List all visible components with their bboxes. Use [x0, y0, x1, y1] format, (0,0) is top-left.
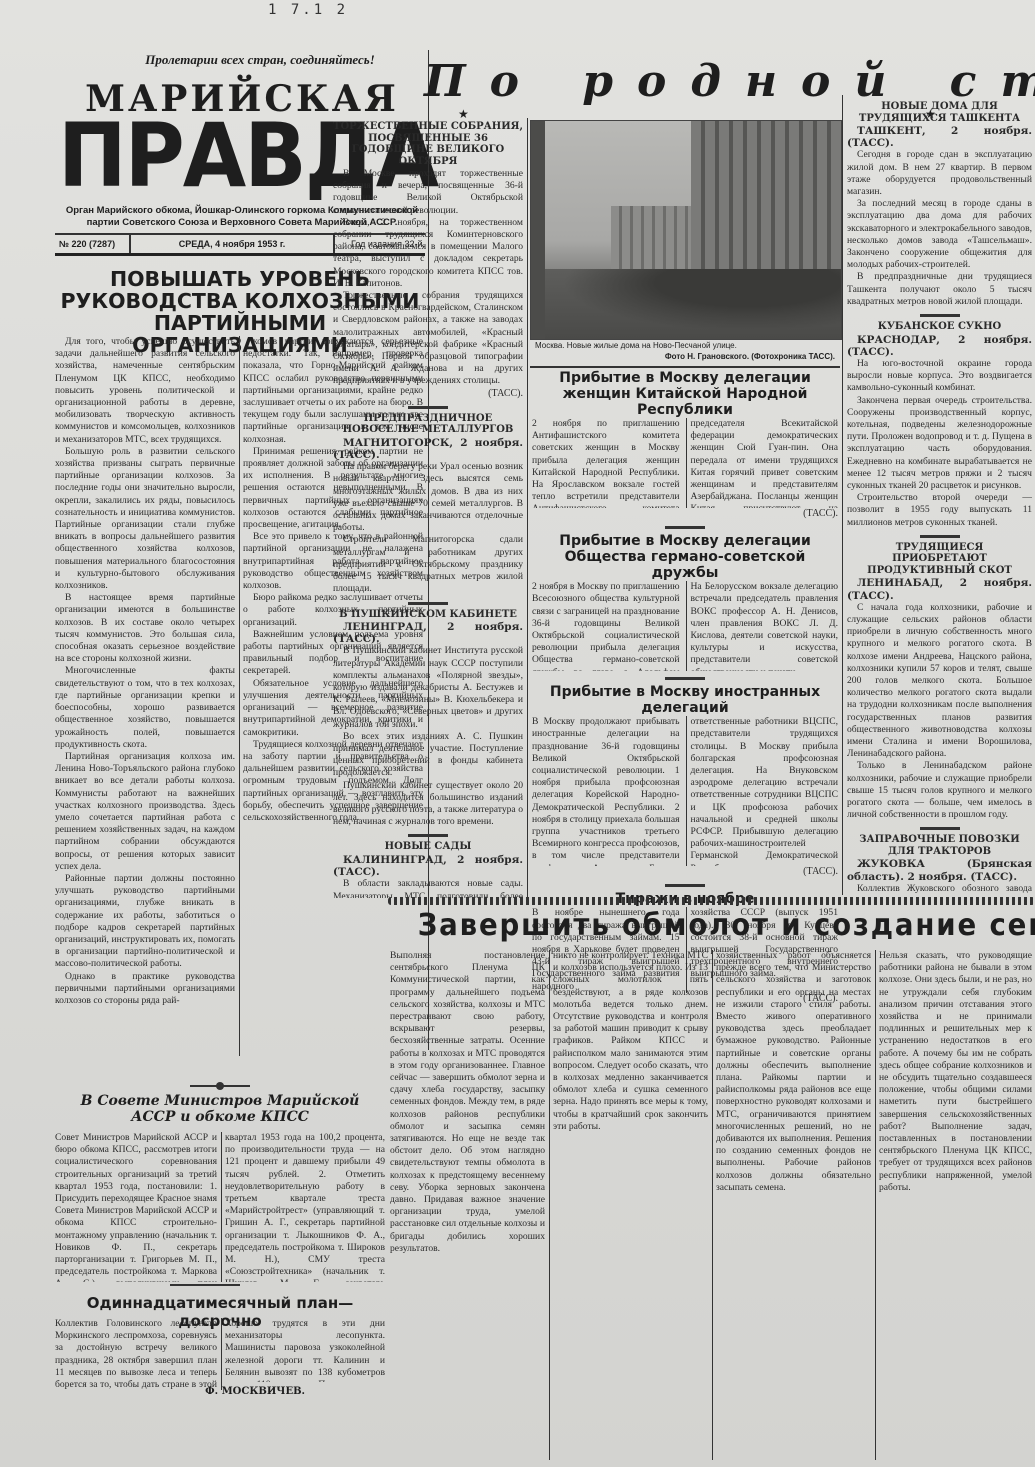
article-headline: НОВЫЕ САДЫ	[333, 841, 523, 853]
lead-paragraph: Большую роль в развитии сельского хозяйс…	[55, 446, 235, 592]
editorial-col1: Выполняя постановление сентябрьского Пле…	[390, 950, 545, 1460]
article-paragraph: Во всех этих изданиях А. С. Пушкин прини…	[333, 731, 523, 780]
center-article-signature: (ТАСС).	[532, 508, 838, 520]
center-article: Прибытие в Москву иностранных делегацийВ…	[532, 677, 838, 878]
column-rule	[527, 118, 528, 898]
issue-date: СРЕДА, 4 ноября 1953 г.	[131, 235, 335, 253]
column-rule	[712, 950, 713, 1460]
lead-paragraph: Однако в практике руководства первичными…	[55, 971, 235, 1008]
divider	[665, 677, 705, 680]
article-paragraph: В Москве проходят торжественные собрания…	[333, 168, 523, 217]
plan-author: Ф. МОСКВИЧЕВ.	[195, 1386, 305, 1397]
article-paragraph: С начала года колхозники, рабочие и служ…	[847, 602, 1032, 761]
council-headline: В Совете Министров Марийской АССР и обко…	[60, 1093, 380, 1125]
plan-text-left: Коллектив Головинского лесопункта Моркин…	[55, 1318, 217, 1390]
divider	[170, 1284, 240, 1286]
center-article-body: В Москву продолжают прибывать иностранны…	[532, 716, 838, 866]
council-text-right: квартал 1953 года на 100,2 процента, по …	[225, 1132, 385, 1282]
lead-paragraph: Многочисленные факты свидетельствуют о т…	[55, 665, 235, 750]
photo-new-houses	[530, 120, 842, 340]
article-dateline: ЛЕНИНГРАД, 2 ноября. (ТАСС).	[333, 621, 523, 645]
article-paragraph: Пушкинский кабинет существует около 20 л…	[333, 780, 523, 829]
lead-paragraph: Районные партии должны постоянно улучшат…	[55, 873, 235, 971]
article-headline: КУБАНСКОЕ СУКНО	[847, 321, 1032, 333]
plan-text-right: Хорошо трудятся в эти дни механизаторы л…	[225, 1318, 385, 1382]
article-headline: ПРЕДПРАЗДНИЧНОЕ НОВОСЕЛЬЕ МЕТАЛЛУРГОВ	[333, 413, 523, 436]
photo-caption: Москва. Новые жилые дома на Ново-Песчано…	[535, 340, 835, 362]
center-article-headline: Прибытие в Москву делегации женщин Китай…	[532, 370, 838, 418]
divider	[665, 526, 705, 529]
divider	[408, 834, 448, 837]
center-article-headline: Прибытие в Москву иностранных делегаций	[532, 684, 838, 716]
article-paragraph: Строительство второй очереди — позволит …	[847, 492, 1032, 529]
column-rule	[221, 1318, 222, 1390]
article-headline: ЗАПРАВОЧНЫЕ ПОВОЗКИ ДЛЯ ТРАКТОРОВ	[847, 834, 1032, 857]
column-rule	[239, 336, 240, 1056]
wavy-divider	[388, 897, 1035, 905]
archive-stamp: 1 7.1 2	[268, 2, 348, 18]
article-dateline: КАЛИНИНГРАД, 2 ноября. (ТАСС).	[333, 854, 523, 878]
column-rule	[842, 95, 843, 895]
divider	[920, 827, 960, 830]
column-rule	[549, 950, 550, 1460]
article-headline: НОВЫЕ ДОМА ДЛЯ ТРУДЯЩИХСЯ ТАШКЕНТА	[847, 101, 1032, 124]
article-paragraph: На правом берегу реки Урал осенью возник…	[333, 461, 523, 534]
editorial-headline: Завершить обмолот и создание семенных фо…	[418, 908, 1010, 943]
column-rule	[875, 950, 876, 1460]
center-article-body: 2 ноября по приглашению Антифашистского …	[532, 418, 838, 508]
article-paragraph: Торжественные собрания трудящихся состоя…	[333, 290, 523, 388]
article-paragraph: Закончена первая очередь строительства. …	[847, 395, 1032, 493]
divider	[920, 314, 960, 317]
center-article-headline: Прибытие в Москву делегации Общества гер…	[532, 533, 838, 581]
news-column-center-left: ТОРЖЕСТВЕННЫЕ СОБРАНИЯ, ПОСВЯЩЕННЫЕ 36 Г…	[333, 118, 523, 898]
lead-paragraph: Для того, чтобы успешно осуществить зада…	[55, 336, 235, 446]
divider	[530, 366, 840, 368]
center-article: Прибытие в Москву делегации женщин Китай…	[532, 370, 838, 520]
divider	[920, 535, 960, 538]
article-headline: ТОРЖЕСТВЕННЫЕ СОБРАНИЯ, ПОСВЯЩЕННЫЕ 36 Г…	[333, 121, 523, 167]
center-article-right: На Белорусском вокзале делегацию встреча…	[686, 581, 839, 671]
divider	[665, 884, 705, 887]
caption-text: Москва. Новые жилые дома на Ново-Песчано…	[535, 340, 835, 351]
center-article-signature: (ТАСС).	[532, 866, 838, 878]
article-paragraph: Строители Магнитогорска сдали металлурга…	[333, 534, 523, 595]
photo-credit: Фото Н. Грановского. (Фотохроника ТАСС).	[535, 351, 835, 362]
council-text-left: Совет Министров Марийской АССР и бюро об…	[55, 1132, 217, 1282]
article-paragraph: В области закладываются новые сады. Меха…	[333, 878, 523, 898]
masthead-slogan: Пролетарии всех стран, соединяйтесь!	[95, 52, 425, 68]
editorial-col4: Нельзя сказать, что руководящие работник…	[879, 950, 1032, 1460]
article-dateline: МАГНИТОГОРСК, 2 ноября. (ТАСС).	[333, 437, 523, 461]
center-news-block: Прибытие в Москву делегации женщин Китай…	[532, 370, 838, 895]
article-dateline: ЖУКОВКА (Брянская область). 2 ноября. (Т…	[847, 858, 1032, 882]
article-paragraph: В предпраздничные дни трудящиеся Ташкент…	[847, 271, 1032, 308]
center-article-left: 2 ноября в Москву по приглашению Всесоюз…	[532, 581, 680, 671]
issue-number: № 220 (7287)	[55, 235, 131, 253]
lead-paragraph: Партийная организация колхоза им. Ленина…	[55, 751, 235, 873]
article-signature: (ТАСС).	[333, 388, 523, 400]
article-dateline: КРАСНОДАР, 2 ноября. (ТАСС).	[847, 334, 1032, 358]
article-paragraph: В Пушкинский кабинет Института русской л…	[333, 645, 523, 730]
editorial-col3: хозяйственных работ объясняется прежде в…	[716, 950, 871, 1460]
divider	[408, 602, 448, 605]
article-paragraph: Коллектив Жуковского обозного завода осв…	[847, 883, 1032, 898]
column-rule	[221, 1132, 222, 1282]
article-paragraph: Только в Ленинабадском районе колхозники…	[847, 760, 1032, 821]
article-dateline: ТАШКЕНТ, 2 ноября. (ТАСС).	[847, 125, 1032, 149]
editorial-col2: никто не контролирует. Техника МТС и кол…	[553, 950, 708, 1460]
article-paragraph: Сегодня в городе сдан в эксплуатацию жил…	[847, 149, 1032, 198]
article-paragraph: Вчера, 2 ноября, на торжественном собран…	[333, 217, 523, 290]
news-column-right: НОВЫЕ ДОМА ДЛЯ ТРУДЯЩИХСЯ ТАШКЕНТАТАШКЕН…	[847, 98, 1032, 898]
center-article-left: 2 ноября по приглашению Антифашистского …	[532, 418, 680, 508]
center-article-left: В Москву продолжают прибывать иностранны…	[532, 716, 680, 866]
center-article: Прибытие в Москву делегации Общества гер…	[532, 526, 838, 671]
newspaper-page: 1 7.1 2 Пролетарии всех стран, соединяйт…	[0, 0, 1035, 1467]
article-headline: В ПУШКИНСКОМ КАБИНЕТЕ	[333, 609, 523, 621]
article-paragraph: На юго-восточной окраине города выросли …	[847, 358, 1032, 395]
center-article-right: ответственные работники ВЦСПС, представи…	[686, 716, 839, 866]
divider	[408, 406, 448, 409]
ornament-divider	[180, 1085, 260, 1087]
center-article-body: 2 ноября в Москву по приглашению Всесоюз…	[532, 581, 838, 671]
article-dateline: ЛЕНИНАБАД, 2 ноября. (ТАСС).	[847, 577, 1032, 601]
article-paragraph: За последний месяц в городе сданы в эксп…	[847, 198, 1032, 271]
center-article-right: председателя Всекитайской федерации демо…	[686, 418, 839, 508]
lead-article-col1: Для того, чтобы успешно осуществить зада…	[55, 336, 235, 1056]
article-headline: ТРУДЯЩИЕСЯ ПРИОБРЕТАЮТ ПРОДУКТИВНЫЙ СКОТ	[847, 542, 1032, 577]
lead-paragraph: В настоящее время партийные организации …	[55, 592, 235, 665]
